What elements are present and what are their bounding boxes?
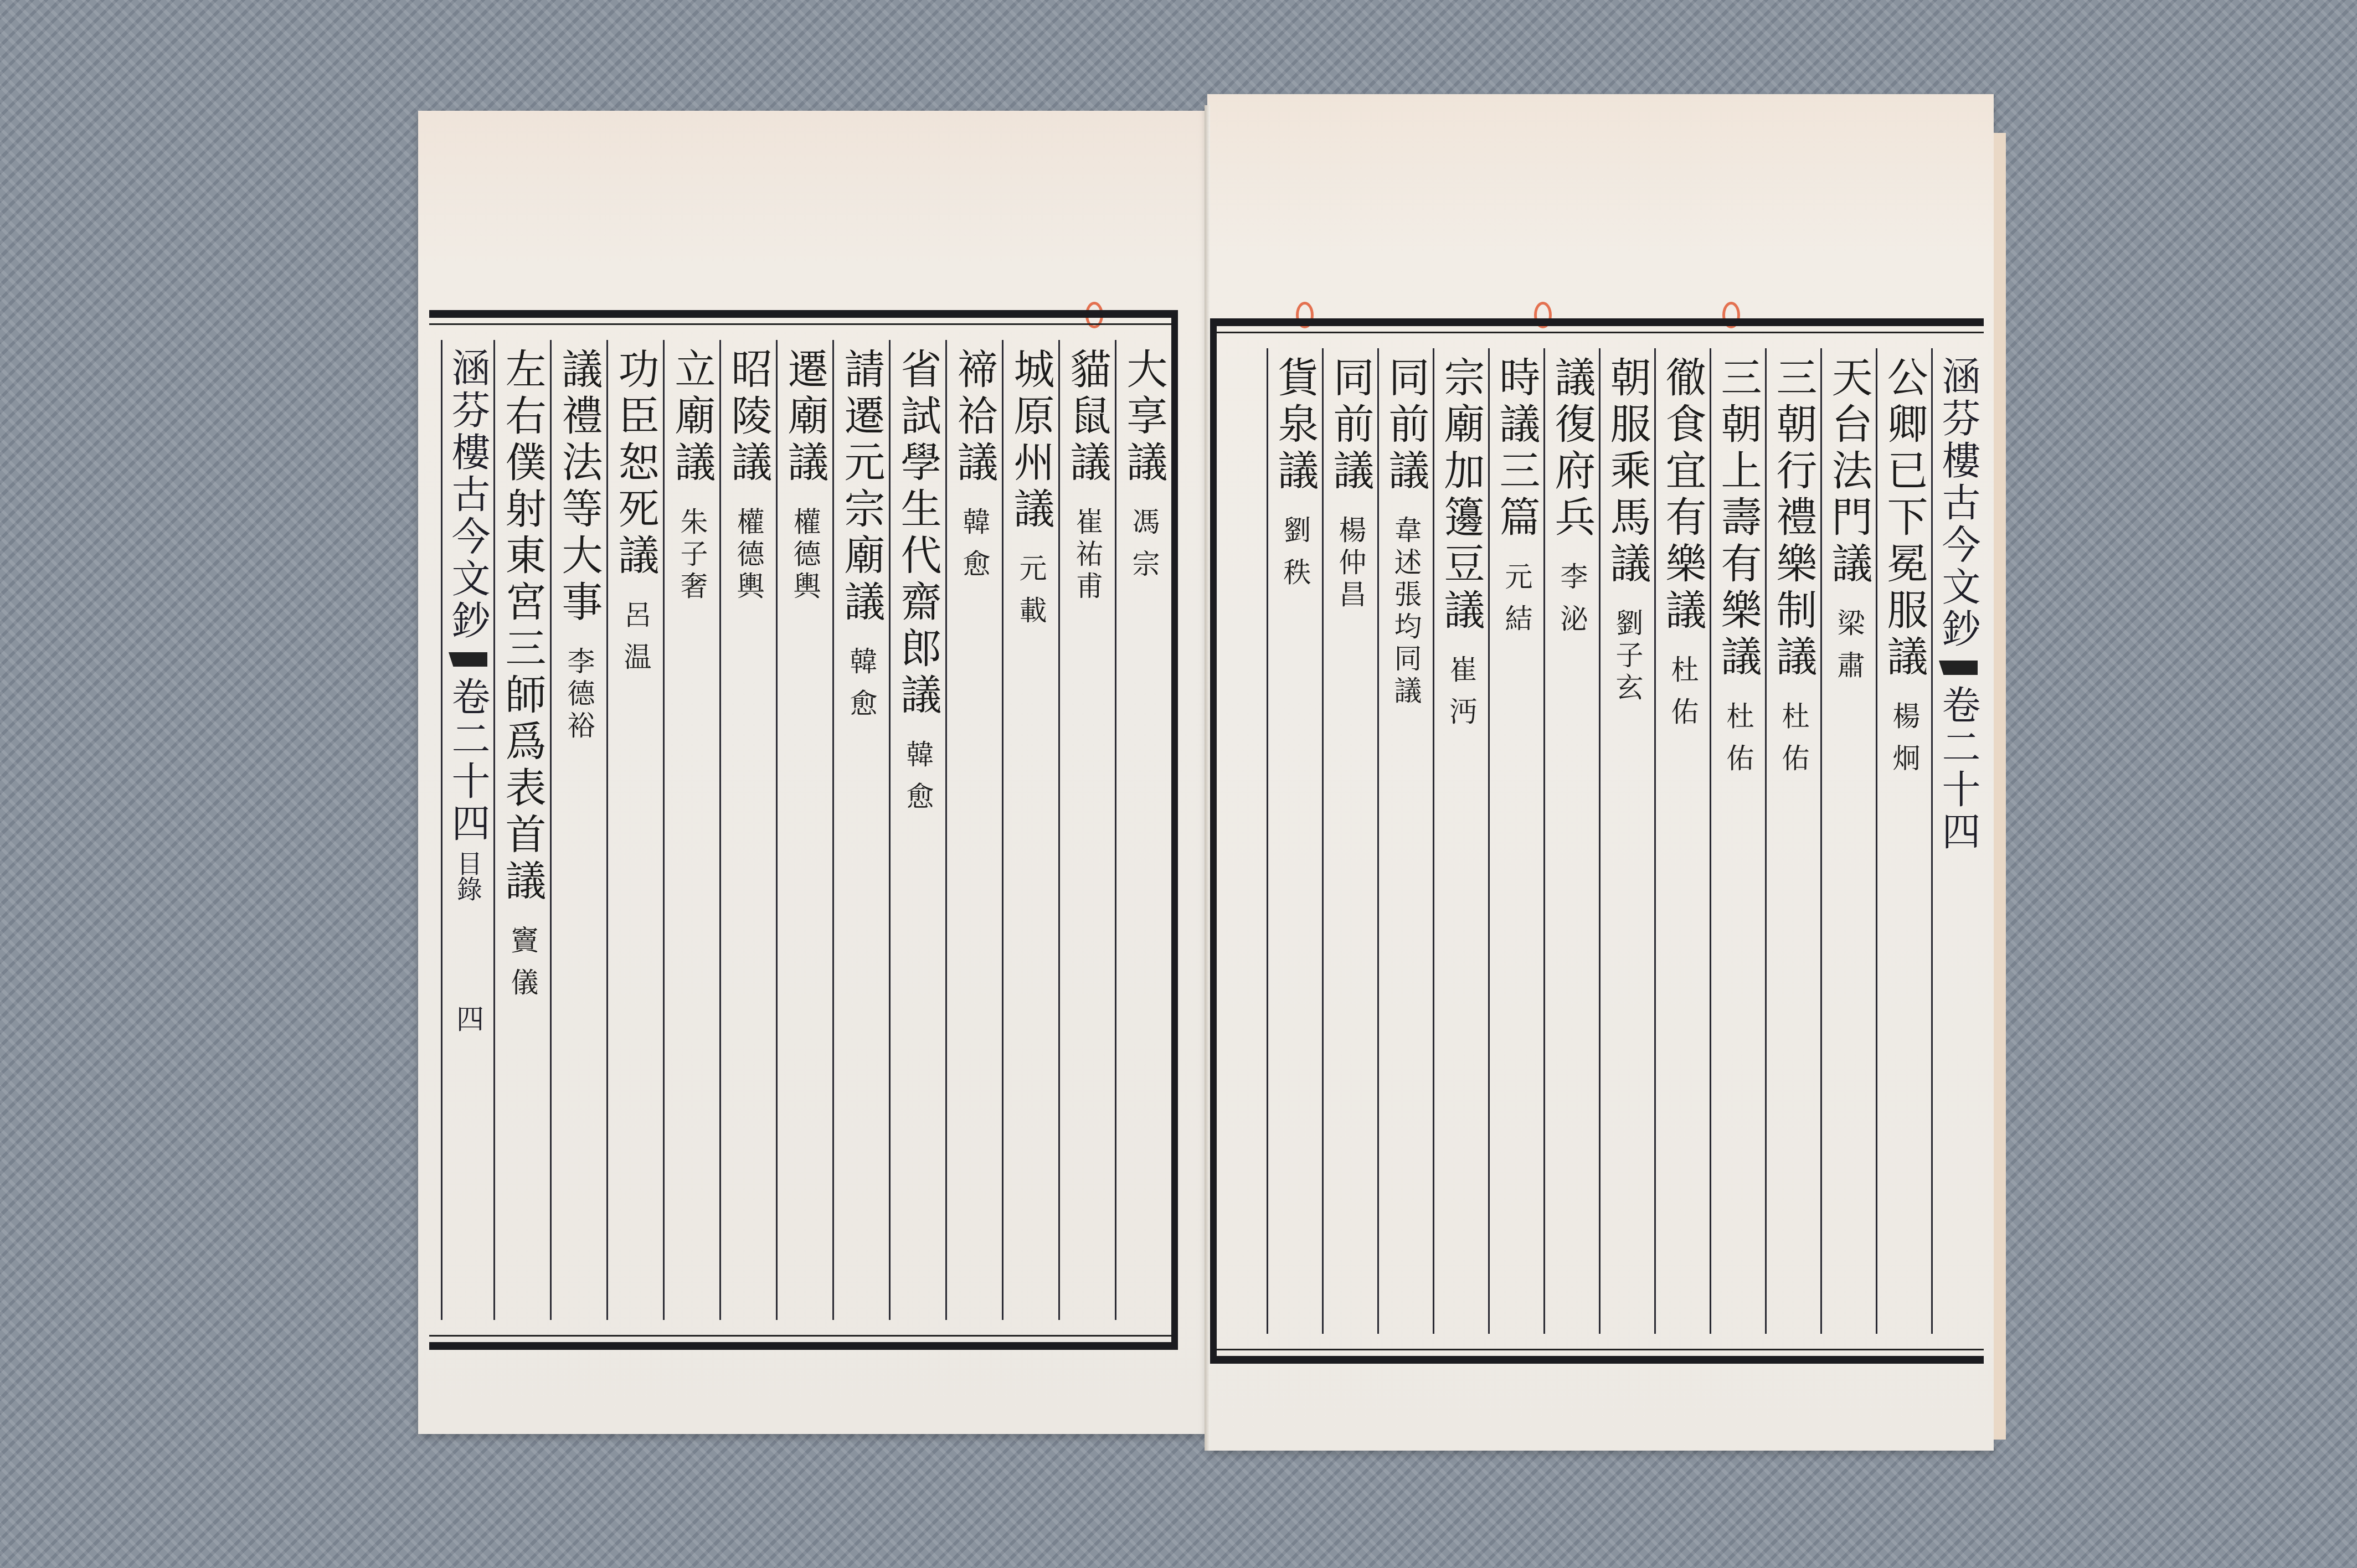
entry-author: 梁肅 xyxy=(1835,608,1863,693)
entry-title: 三朝行禮樂制議 xyxy=(1773,356,1814,682)
entry-title: 遷廟議 xyxy=(785,348,826,487)
entry-title: 昭陵議 xyxy=(728,348,769,487)
entry-title: 城原州議 xyxy=(1011,348,1052,534)
toc-entry: 貨泉議 劉秩 xyxy=(1267,348,1322,1334)
entry-title: 宗廟加籩豆議 xyxy=(1441,356,1482,635)
left-page-columns: 大享議 馮宗 貓鼠議 崔祐甫 城原州議 元載 禘祫議 韓愈 省試學生代齋郎議 韓… xyxy=(429,340,1171,1320)
toc-entry: 左右僕射東宮三師爲表首議 竇儀 xyxy=(493,340,550,1320)
entry-title: 貨泉議 xyxy=(1275,356,1316,496)
book-gutter xyxy=(1205,105,1210,1451)
entry-title: 議復府兵 xyxy=(1552,356,1593,542)
toc-entry: 議禮法等大事 李德裕 xyxy=(550,340,606,1320)
entry-author: 權德輿 xyxy=(791,507,819,604)
entry-author: 馮宗 xyxy=(1130,507,1158,591)
entry-author: 韋述張均同議 xyxy=(1392,515,1420,708)
page-stack-edge xyxy=(1994,133,2006,1440)
collection-title: 涵芬樓古今文鈔 xyxy=(1939,356,1978,651)
entry-author: 楊仲昌 xyxy=(1337,515,1365,612)
left-page-margin-header: 涵芬樓古今文鈔 卷二十四 目錄 四 xyxy=(441,340,493,1320)
entry-author: 朱子奢 xyxy=(678,507,706,604)
entry-author: 元載 xyxy=(1017,554,1045,638)
toc-entry: 天台法門議 梁肅 xyxy=(1820,348,1876,1334)
entry-author: 杜佑 xyxy=(1669,655,1697,739)
left-page-frame: 大享議 馮宗 貓鼠議 崔祐甫 城原州議 元載 禘祫議 韓愈 省試學生代齋郎議 韓… xyxy=(429,310,1178,1350)
entry-title: 請遷元宗廟議 xyxy=(841,348,882,627)
entry-author: 竇儀 xyxy=(509,926,537,1010)
page-number: 四 xyxy=(448,1004,488,1032)
entry-title: 大享議 xyxy=(1124,348,1165,487)
toc-entry: 徹食宜有樂議 杜佑 xyxy=(1654,348,1710,1334)
entry-author: 劉子玄 xyxy=(1614,608,1641,705)
entry-title: 時議三篇 xyxy=(1496,356,1537,542)
entry-author: 李德裕 xyxy=(565,647,593,743)
entry-author: 楊炯 xyxy=(1891,702,1918,786)
entry-title: 立廟議 xyxy=(672,348,713,487)
toc-entry: 功臣恕死議 呂温 xyxy=(606,340,663,1320)
toc-entry: 城原州議 元載 xyxy=(1002,340,1058,1320)
entry-author: 崔沔 xyxy=(1448,655,1475,739)
entry-author: 杜佑 xyxy=(1780,702,1808,786)
section-label: 目錄 xyxy=(455,850,481,901)
entry-author: 李泌 xyxy=(1558,562,1586,646)
entry-title: 朝服乘馬議 xyxy=(1607,356,1648,589)
entry-title: 禘祫議 xyxy=(954,348,995,487)
entry-title: 三朝上壽有樂議 xyxy=(1718,356,1759,682)
fishtail-mark-icon xyxy=(1939,661,1978,675)
toc-entry: 同前議 楊仲昌 xyxy=(1322,348,1377,1334)
right-page-columns: 涵芬樓古今文鈔 卷二十四 公卿已下冕服議 楊炯 天台法門議 梁肅 三朝行禮樂制議… xyxy=(1217,348,1984,1334)
toc-entry: 遷廟議 權德輿 xyxy=(776,340,832,1320)
entry-title: 省試學生代齋郎議 xyxy=(898,348,939,720)
collection-title: 涵芬樓古今文鈔 xyxy=(449,348,487,642)
entry-title: 天台法門議 xyxy=(1829,356,1870,589)
fishtail-mark-icon xyxy=(449,652,487,667)
toc-entry: 大享議 馮宗 xyxy=(1115,340,1171,1320)
toc-entry: 公卿已下冕服議 楊炯 xyxy=(1876,348,1931,1334)
toc-entry: 立廟議 朱子奢 xyxy=(663,340,719,1320)
toc-entry: 禘祫議 韓愈 xyxy=(945,340,1002,1320)
entry-author: 權德輿 xyxy=(735,507,763,604)
entry-title: 功臣恕死議 xyxy=(615,348,656,580)
toc-entry: 朝服乘馬議 劉子玄 xyxy=(1599,348,1654,1334)
toc-entry: 議復府兵 李泌 xyxy=(1543,348,1599,1334)
right-page-frame: 涵芬樓古今文鈔 卷二十四 公卿已下冕服議 楊炯 天台法門議 梁肅 三朝行禮樂制議… xyxy=(1210,318,1984,1364)
entry-author: 劉秩 xyxy=(1282,515,1309,600)
toc-entry: 時議三篇 元結 xyxy=(1488,348,1543,1334)
entry-title: 公卿已下冕服議 xyxy=(1884,356,1925,682)
entry-title: 貓鼠議 xyxy=(1067,348,1108,487)
toc-entry: 昭陵議 權德輿 xyxy=(719,340,776,1320)
toc-entry: 同前議 韋述張均同議 xyxy=(1377,348,1433,1334)
entry-title: 議禮法等大事 xyxy=(559,348,600,627)
toc-entry: 請遷元宗廟議 韓愈 xyxy=(832,340,889,1320)
toc-entry: 貓鼠議 崔祐甫 xyxy=(1058,340,1115,1320)
entry-title: 同前議 xyxy=(1330,356,1371,496)
entry-author: 呂温 xyxy=(622,600,650,684)
toc-entry: 三朝上壽有樂議 杜佑 xyxy=(1710,348,1765,1334)
volume-label: 卷二十四 xyxy=(449,677,487,845)
entry-author: 韓愈 xyxy=(961,507,989,591)
toc-entry: 三朝行禮樂制議 杜佑 xyxy=(1765,348,1820,1334)
entry-author: 韓愈 xyxy=(848,647,876,731)
entry-title: 左右僕射東宮三師爲表首議 xyxy=(502,348,543,906)
entry-title: 同前議 xyxy=(1386,356,1427,496)
entry-author: 韓愈 xyxy=(904,740,932,824)
volume-label: 卷二十四 xyxy=(1939,685,1978,853)
open-book: 大享議 馮宗 貓鼠議 崔祐甫 城原州議 元載 禘祫議 韓愈 省試學生代齋郎議 韓… xyxy=(0,0,2357,1568)
entry-author: 崔祐甫 xyxy=(1074,507,1102,604)
right-page-margin-header: 涵芬樓古今文鈔 卷二十四 xyxy=(1931,348,1984,1334)
toc-entry: 宗廟加籩豆議 崔沔 xyxy=(1433,348,1488,1334)
entry-title: 徹食宜有樂議 xyxy=(1663,356,1704,635)
entry-author: 杜佑 xyxy=(1725,702,1752,786)
toc-entry: 省試學生代齋郎議 韓愈 xyxy=(889,340,945,1320)
entry-author: 元結 xyxy=(1503,562,1531,646)
